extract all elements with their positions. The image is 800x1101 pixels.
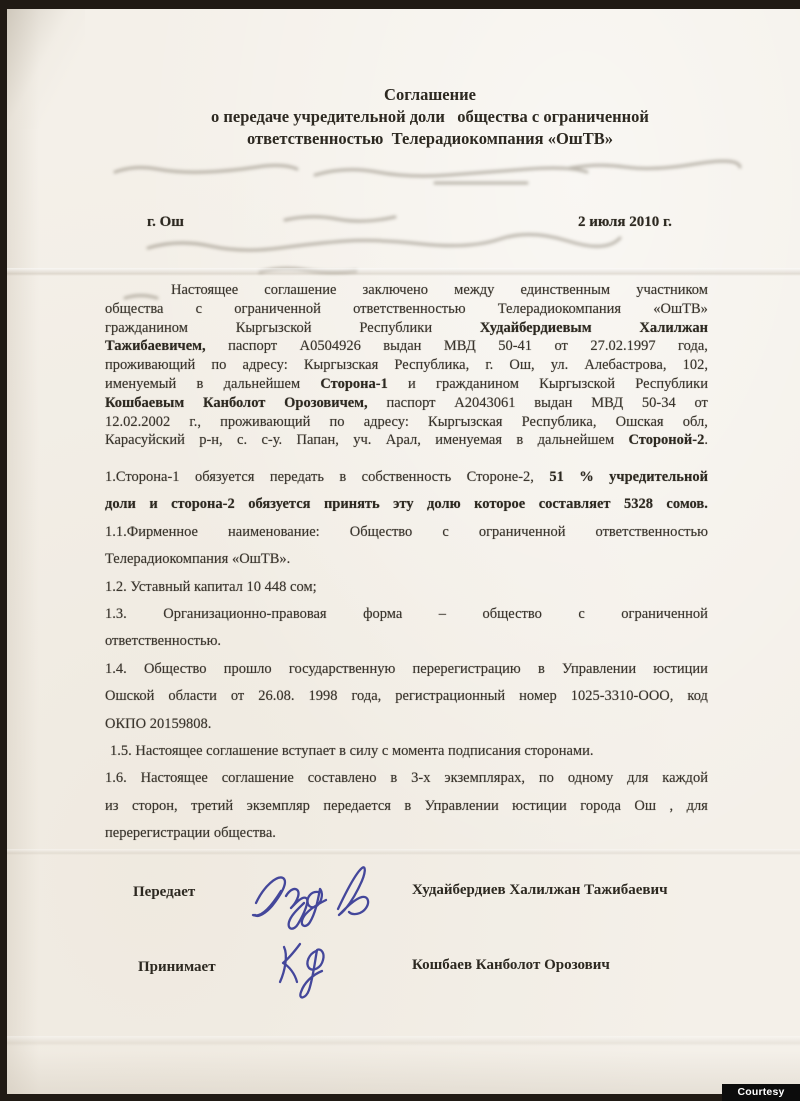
scanned-document-photo: Соглашение о передаче учредительной доли… bbox=[0, 0, 800, 1101]
title-line-2: о передаче учредительной доли общества с… bbox=[105, 106, 755, 128]
scan-border-top bbox=[0, 0, 800, 9]
transferor-name: Худайбердиев Халилжан Тажибаевич bbox=[412, 882, 668, 899]
place-date-row: г. Ош 2 июля 2010 г. bbox=[0, 214, 800, 236]
clauses-section: 1.Сторона-1обязуетсяпередатьвсобственнос… bbox=[105, 464, 708, 847]
place-label: г. Ош bbox=[147, 214, 184, 231]
title-line-1: Соглашение bbox=[105, 84, 755, 106]
transferor-label: Передает bbox=[133, 884, 195, 901]
date-label: 2 июля 2010 г. bbox=[578, 214, 672, 231]
recipient-name: Кошбаев Канболот Орозович bbox=[412, 957, 610, 974]
document-title: Соглашение о передаче учредительной доли… bbox=[105, 84, 755, 150]
title-line-3: ответственностью Телерадиокомпания «ОшТВ… bbox=[105, 128, 755, 150]
courtesy-photo-credit: Courtesy Photo bbox=[722, 1084, 800, 1101]
scan-border-left bbox=[0, 0, 7, 1101]
scan-border-bottom bbox=[0, 1094, 800, 1101]
preamble-paragraph: Настоящеесоглашениезаключеномеждуединств… bbox=[105, 281, 708, 450]
recipient-label: Принимает bbox=[138, 959, 216, 976]
paper-corner-shadow bbox=[7, 9, 85, 129]
